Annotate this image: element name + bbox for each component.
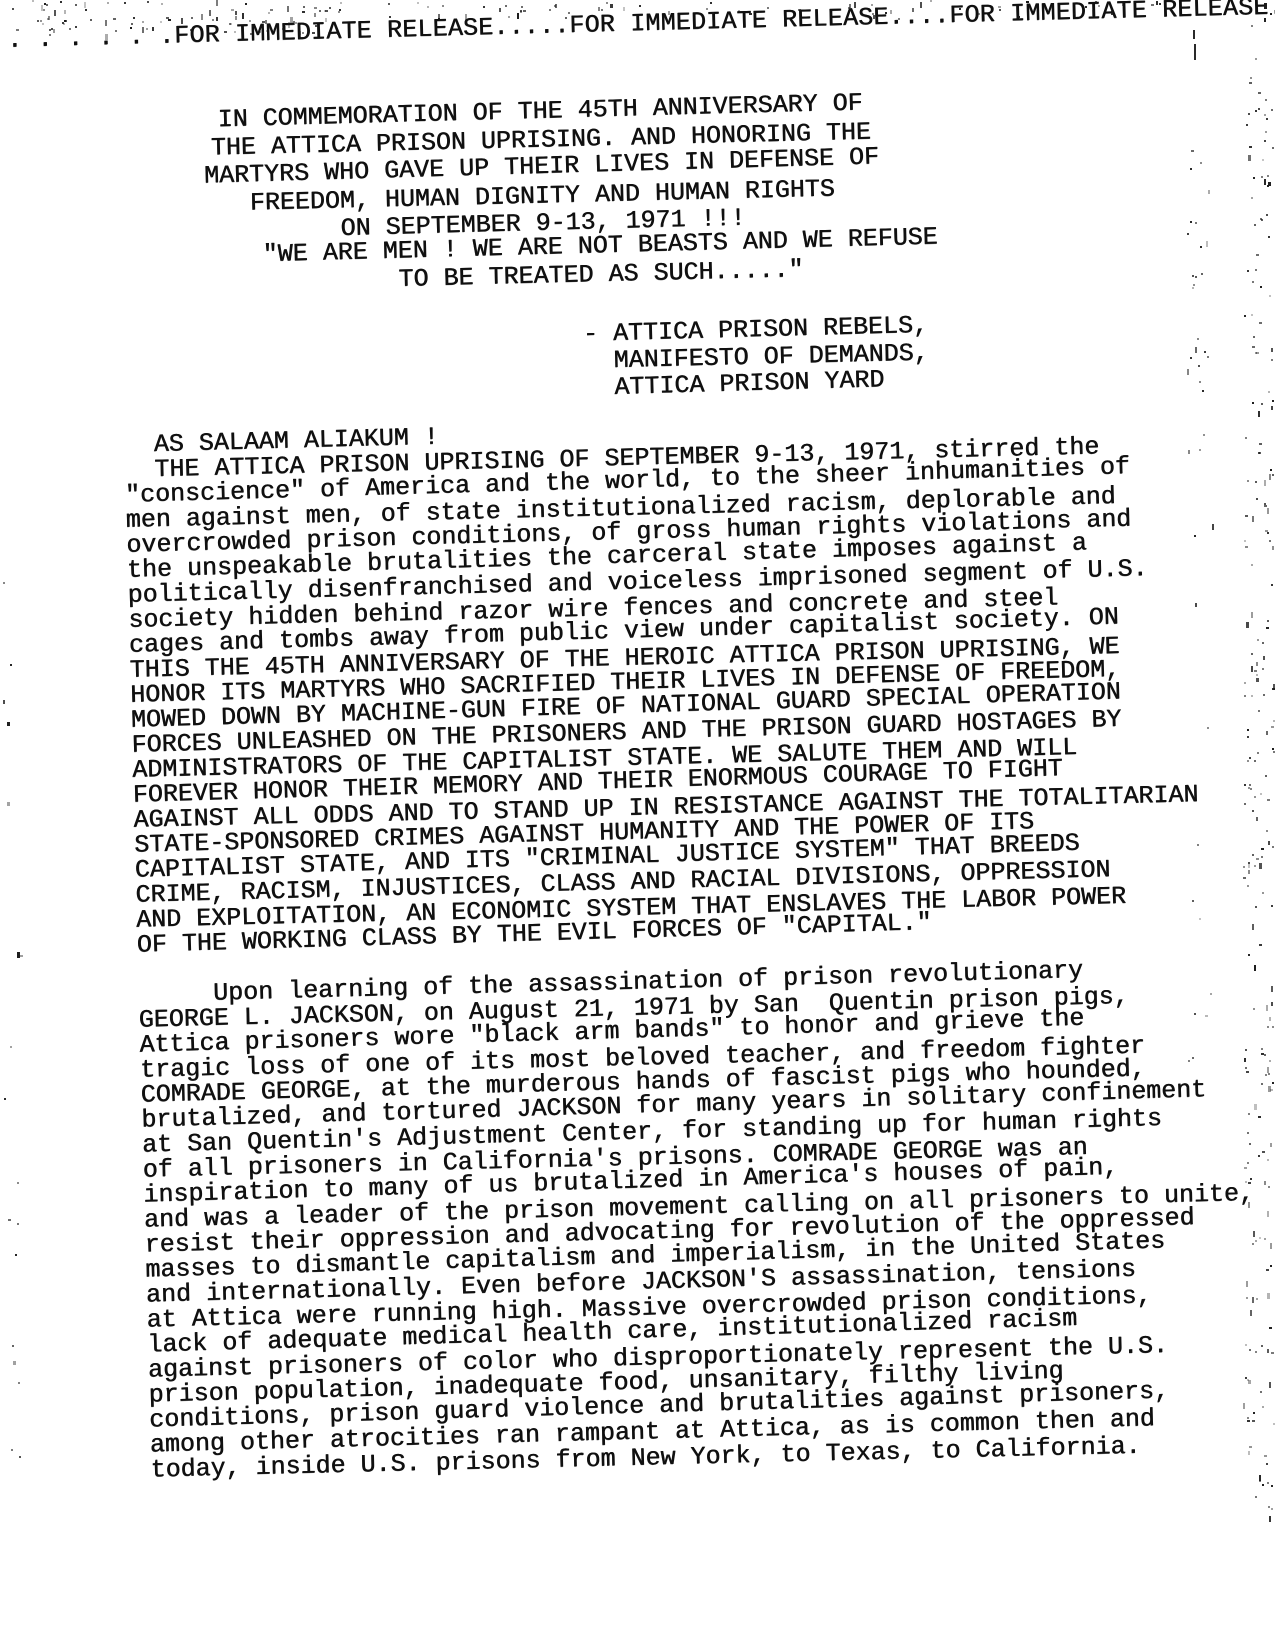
scan-mark-dash bbox=[1193, 30, 1195, 39]
quote-attribution: - ATTICA PRISON REBELS, MANIFESTO OF DEM… bbox=[583, 312, 930, 402]
noise-speck bbox=[3, 582, 5, 584]
noise-speck bbox=[10, 1046, 12, 1048]
commemoration-title: IN COMMEMORATION OF THE 45TH ANNIVERSARY… bbox=[190, 89, 893, 247]
noise-speck bbox=[17, 1223, 19, 1225]
paragraph-george-jackson: Upon learning of the assassination of pr… bbox=[138, 954, 1261, 1483]
noise-speck bbox=[17, 1182, 19, 1184]
noise-speck bbox=[8, 1219, 11, 1221]
noise-speck bbox=[11, 1449, 13, 1451]
noise-speck bbox=[10, 664, 12, 666]
noise-speck bbox=[7, 802, 10, 806]
typewritten-content: . . . . . .FOR IMMEDIATE RELEASE.....FOR… bbox=[0, 0, 1275, 1649]
noise-speck bbox=[12, 1345, 14, 1347]
noise-speck bbox=[3, 700, 5, 704]
paragraph-opening-salute: AS SALAAM ALIAKUM ! THE ATTICA PRISON UP… bbox=[123, 405, 1202, 958]
noise-speck bbox=[7, 722, 10, 726]
scan-mark-dash bbox=[1194, 44, 1196, 60]
text-line: . . . . . .FOR IMMEDIATE RELEASE.....FOR… bbox=[7, 0, 1275, 53]
release-ticker: . . . . . .FOR IMMEDIATE RELEASE.....FOR… bbox=[7, 0, 1275, 53]
noise-speck bbox=[13, 1361, 16, 1365]
noise-speck bbox=[19, 1456, 21, 1458]
noise-speck bbox=[20, 955, 23, 957]
noise-speck bbox=[4, 1098, 6, 1100]
noise-speck bbox=[17, 952, 20, 958]
scanned-press-release-page: . . . . . .FOR IMMEDIATE RELEASE.....FOR… bbox=[0, 0, 1275, 1650]
noise-speck bbox=[18, 1382, 20, 1384]
noise-speck bbox=[15, 1254, 17, 1256]
